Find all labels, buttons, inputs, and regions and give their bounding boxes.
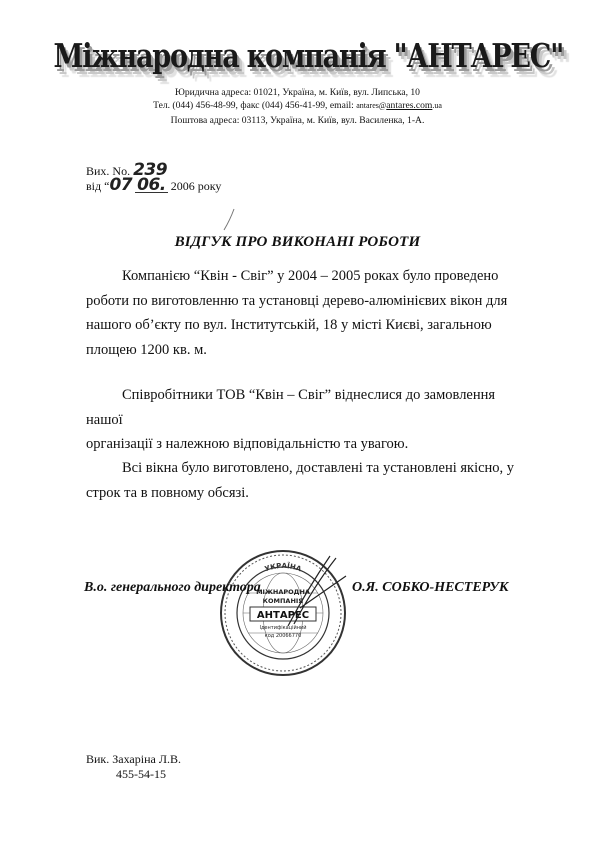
legal-address: Юридична адреса: 01021, Україна, м. Київ… xyxy=(0,87,595,98)
signatory-name: О.Я. СОБКО-НЕСТЕРУК xyxy=(352,580,508,596)
paragraph-2: Співробітники ТОВ “Квін – Свіг” віднесли… xyxy=(86,383,526,457)
stamp-line-5: код 20066770 xyxy=(265,633,302,639)
paragraph-1-first-line: Компанією “Квін - Свіг” у 2004 – 2005 ро… xyxy=(86,264,526,289)
phone-fax: Тел. (044) 456-48-99, факс (044) 456-41-… xyxy=(153,100,356,111)
document-heading: ВІДГУК ПРО ВИКОНАНІ РОБОТИ xyxy=(0,234,595,251)
paragraph-2-text: організації з належною відповідальністю … xyxy=(86,436,408,452)
executor-phone: 455-54-15 xyxy=(86,767,181,782)
paragraph-3: Всі вікна було виготовлено, доставлені т… xyxy=(86,456,526,505)
stamp-line-2: КОМПАНІЯ xyxy=(263,597,304,605)
svg-text:УКРАЇНА: УКРАЇНА xyxy=(264,561,303,573)
pen-stroke-mark xyxy=(222,208,236,232)
paragraph-3-text: строк та в повному обсязі. xyxy=(86,485,249,501)
contact-line: Тел. (044) 456-48-99, факс (044) 456-41-… xyxy=(0,100,595,111)
email-user: antares@ xyxy=(356,101,386,110)
stamp-line-4: Ідентифікаційний xyxy=(260,624,307,631)
date-day-handwritten: 07 xyxy=(109,175,132,195)
executor-name: Вик. Захаріна Л.В. xyxy=(86,752,181,766)
date-prefix: від “ xyxy=(86,179,109,193)
paragraph-3-first-line: Всі вікна було виготовлено, доставлені т… xyxy=(86,456,526,481)
email-domain-link[interactable]: antares.com xyxy=(386,100,432,111)
paragraph-1: Компанією “Квін - Свіг” у 2004 – 2005 ро… xyxy=(86,264,526,362)
executor-block: Вик. Захаріна Л.В. 455-54-15 xyxy=(86,752,181,782)
postal-address: Поштова адреса: 03113, Україна, м. Київ,… xyxy=(0,115,595,126)
date-month-handwritten: 06. xyxy=(135,178,168,193)
stamp-top-text: УКРАЇНА xyxy=(264,561,303,573)
paragraph-1-text: роботи по виготовленню та установці дере… xyxy=(86,293,507,358)
date-year: 2006 року xyxy=(171,179,222,193)
company-seal-stamp: УКРАЇНА МІЖНАРОДНА КОМПАНІЯ АНТАРЕС Іден… xyxy=(218,548,348,678)
paragraph-2-first-line: Співробітники ТОВ “Квін – Свіг” віднесли… xyxy=(86,383,526,432)
date-row: від “07 06. 2006 року xyxy=(86,178,221,193)
signatory-position: В.о. генерального директора xyxy=(84,580,261,596)
stamp-line-1: МІЖНАРОДНА xyxy=(256,588,310,596)
email-tld: .ua xyxy=(432,101,442,110)
company-name-logo: Міжнародна компанія "АНТАРЕС" xyxy=(54,36,542,75)
